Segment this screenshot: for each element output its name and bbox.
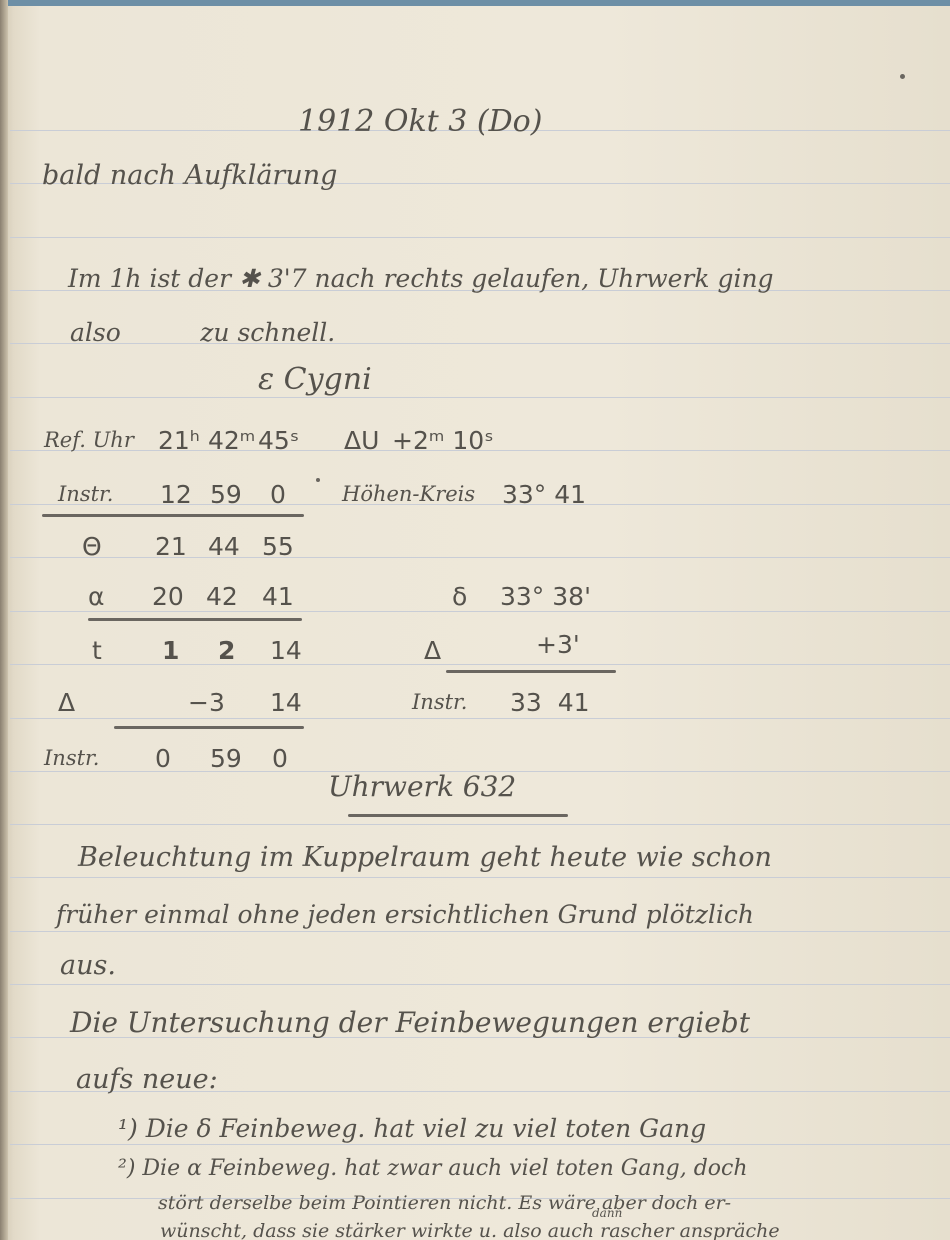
clock-correction-value: +2ᵐ 10ˢ [392, 426, 494, 455]
clockwork-note: Uhrwerk 632 [328, 770, 516, 803]
declination-value: 33° 38' [500, 582, 591, 611]
instr-value: 33 41 [510, 688, 590, 717]
page-top-edge [0, 0, 950, 6]
hours: 0 [155, 744, 171, 773]
ruled-line [10, 504, 950, 505]
list-item-2-continued: stört derselbe beim Pointieren nicht. Es… [158, 1192, 731, 1214]
sum-underline [88, 618, 302, 621]
table-label: Θ [82, 532, 102, 561]
table-label: Ref. Uhr [44, 428, 134, 452]
ruled-line [10, 664, 950, 665]
table-label: Δ [58, 688, 75, 717]
declination-label: δ [452, 582, 467, 611]
paragraph-line: also zu schnell. [70, 318, 335, 347]
sum-underline [446, 670, 616, 673]
ruled-line [10, 557, 950, 558]
table-label: Instr. [44, 746, 99, 770]
hours: 21 [155, 532, 187, 561]
minutes: 42 [206, 582, 238, 611]
minutes: −3 [188, 688, 225, 717]
instr-label: Instr. [412, 690, 467, 714]
seconds: 14 [270, 636, 302, 665]
minutes: 59 [210, 480, 242, 509]
sum-underline [114, 726, 304, 729]
hours: 12 [160, 480, 192, 509]
seconds: 0 [270, 480, 286, 509]
ruled-line [10, 877, 950, 878]
ruled-line [10, 984, 950, 985]
paragraph-line: aufs neue: [76, 1064, 218, 1095]
hours: 1 [162, 636, 179, 665]
paragraph-line: Beleuchtung im Kuppelraum geht heute wie… [78, 842, 772, 873]
seconds: 45ˢ [258, 426, 299, 455]
list-item-1: ¹) Die δ Feinbeweg. hat viel zu viel tot… [118, 1114, 706, 1143]
date-heading: 1912 Okt 3 (Do) [298, 104, 542, 139]
seconds: 41 [262, 582, 294, 611]
seconds: 55 [262, 532, 294, 561]
hours: 21ʰ [158, 426, 200, 455]
minutes: 2 [218, 636, 235, 665]
notebook-page: 1912 Okt 3 (Do) bald nach Aufklärung Im … [0, 0, 950, 1240]
ruled-line [10, 397, 950, 398]
delta-label: Δ [424, 636, 441, 665]
seconds: 14 [270, 688, 302, 717]
table-label: Instr. [58, 482, 113, 506]
weather-note: bald nach Aufklärung [42, 160, 337, 191]
table-label: α [88, 582, 104, 611]
ruled-line [10, 824, 950, 825]
ruled-line [10, 237, 950, 238]
ruled-line [10, 718, 950, 719]
circle-value: 33° 41 [502, 480, 586, 509]
ruled-line [10, 1144, 950, 1145]
note-underline [348, 814, 568, 817]
minutes: 44 [208, 532, 240, 561]
minutes: 59 [210, 744, 242, 773]
star-name: ε Cygni [258, 362, 372, 397]
hours: 20 [152, 582, 184, 611]
sum-underline [42, 514, 304, 517]
paragraph-line: Im 1h ist der ✱ 3'7 nach rechts gelaufen… [68, 264, 774, 293]
clock-correction-label: ΔU [344, 426, 379, 455]
seconds: 0 [272, 744, 288, 773]
minutes: 42ᵐ [208, 426, 255, 455]
ruled-line [10, 611, 950, 612]
table-label: t [92, 636, 102, 665]
list-item-2-continued: wünscht, dass sie stärker wirkte u. also… [160, 1220, 780, 1240]
paragraph-line: aus. [60, 950, 116, 981]
ink-spot [316, 478, 320, 482]
ruled-line [10, 931, 950, 932]
ink-spot [900, 74, 905, 79]
circle-label: Höhen-Kreis [342, 482, 475, 506]
delta-value: +3' [536, 630, 580, 659]
paragraph-line: Die Untersuchung der Feinbewegungen ergi… [70, 1006, 750, 1039]
inserted-word: dann [592, 1206, 622, 1220]
list-item-2: ²) Die α Feinbeweg. hat zwar auch viel t… [118, 1156, 748, 1181]
binding-edge [0, 0, 8, 1240]
paragraph-line: früher einmal ohne jeden ersichtlichen G… [56, 900, 754, 929]
